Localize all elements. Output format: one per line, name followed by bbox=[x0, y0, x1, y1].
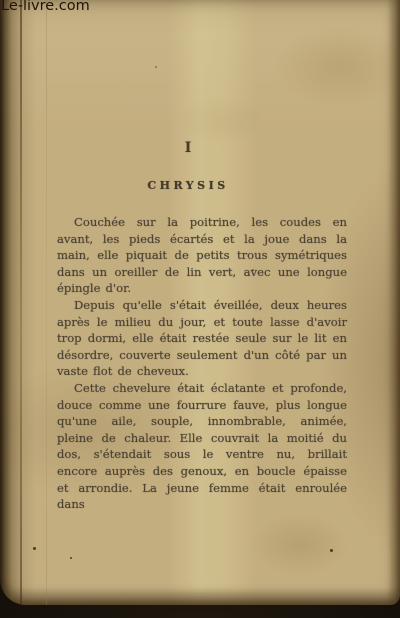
paragraph: Couchée sur la poitrine, les coudes en a… bbox=[57, 214, 347, 297]
paper-speck bbox=[33, 547, 36, 550]
binding-crease bbox=[20, 0, 22, 605]
chapter-number: I bbox=[57, 140, 319, 156]
site-watermark: Le-livre.com bbox=[1, 0, 90, 15]
scan-background: Le-livre.com I CHRYSIS Couchée sur la po… bbox=[0, 0, 400, 618]
book-page: Le-livre.com I CHRYSIS Couchée sur la po… bbox=[0, 0, 400, 605]
paper-speck bbox=[70, 557, 72, 559]
paragraph: Depuis qu'elle s'était éveillée, deux he… bbox=[57, 297, 347, 380]
paper-crease bbox=[46, 0, 47, 605]
body-text: Couchée sur la poitrine, les coudes en a… bbox=[57, 214, 347, 513]
paper-speck bbox=[330, 549, 333, 552]
paper-speck bbox=[252, 269, 254, 271]
paper-speck bbox=[155, 66, 157, 68]
chapter-title: CHRYSIS bbox=[57, 179, 319, 192]
paragraph: Cette chevelure était éclatante et profo… bbox=[57, 380, 347, 513]
